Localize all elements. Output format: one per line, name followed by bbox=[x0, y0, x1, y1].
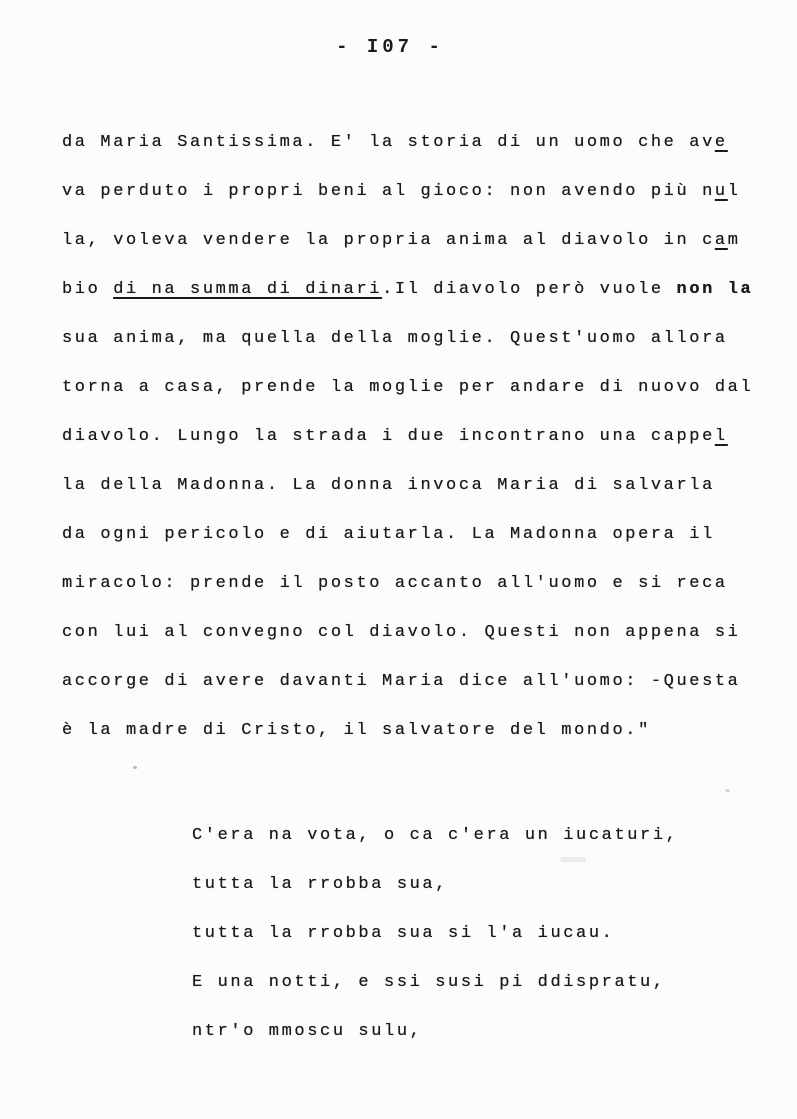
paragraph-line: con lui al convegno col diavolo. Questi … bbox=[62, 608, 772, 657]
paragraph-line: è la madre di Cristo, il salvatore del m… bbox=[62, 706, 772, 755]
paragraph-line: la della Madonna. La donna invoca Maria … bbox=[62, 461, 772, 510]
verse: C'era na vota, o ca c'era un iucaturi,tu… bbox=[192, 811, 752, 1056]
paragraph-line: va perduto i propri beni al gioco: non a… bbox=[62, 167, 772, 216]
paragraph-line: torna a casa, prende la moglie per andar… bbox=[62, 363, 772, 412]
paragraph-line: accorge di avere davanti Maria dice all'… bbox=[62, 657, 772, 706]
verse-line: ntr'o mmoscu sulu, bbox=[192, 1007, 752, 1056]
verse-line: E una notti, e ssi susi pi ddispratu, bbox=[192, 958, 752, 1007]
paragraph-line: miracolo: prende il posto accanto all'uo… bbox=[62, 559, 772, 608]
paragraph-line: da Maria Santissima. E' la storia di un … bbox=[62, 118, 772, 167]
scan-smudge bbox=[560, 857, 586, 862]
verse-line: tutta la rrobba sua si l'a iucau. bbox=[192, 909, 752, 958]
paragraph-line: sua anima, ma quella della moglie. Quest… bbox=[62, 314, 772, 363]
verse-line: tutta la rrobba sua, bbox=[192, 860, 752, 909]
paragraph-line: diavolo. Lungo la strada i due incontran… bbox=[62, 412, 772, 461]
scan-speck bbox=[133, 766, 137, 769]
paragraph-line: la, voleva vendere la propria anima al d… bbox=[62, 216, 772, 265]
paragraph-line: bio di na summa di dinari.Il diavolo per… bbox=[62, 265, 772, 314]
paragraph: da Maria Santissima. E' la storia di un … bbox=[62, 118, 772, 755]
verse-line: C'era na vota, o ca c'era un iucaturi, bbox=[192, 811, 752, 860]
page-number: - I07 - bbox=[0, 36, 780, 58]
paragraph-line: da ogni pericolo e di aiutarla. La Madon… bbox=[62, 510, 772, 559]
scan-speck bbox=[725, 789, 730, 792]
